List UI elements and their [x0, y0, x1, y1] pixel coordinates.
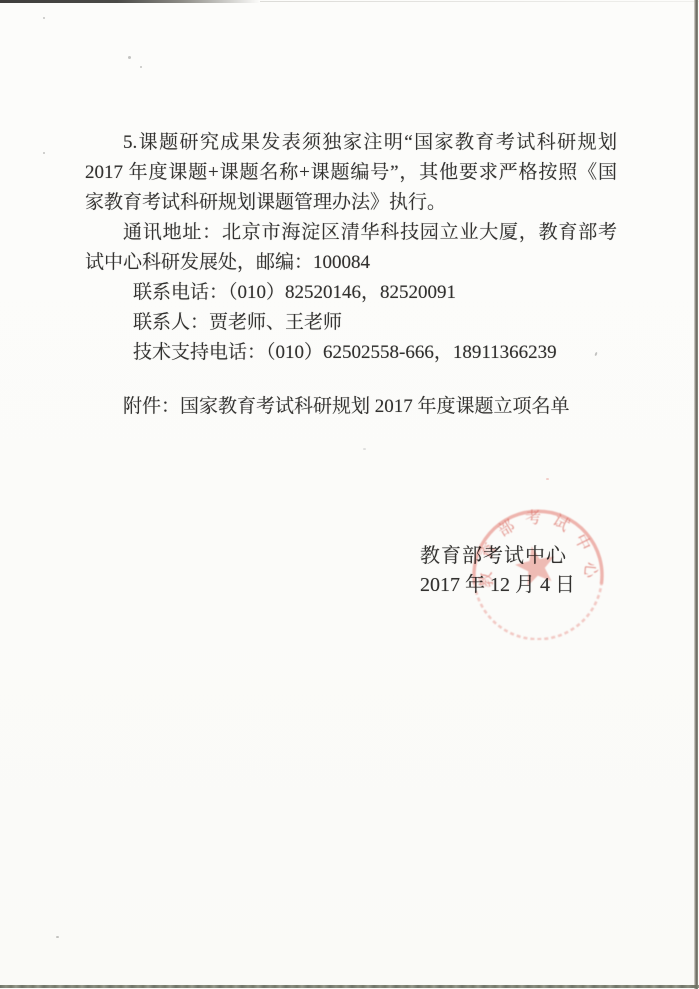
paragraph-line: 家教育考试科研规划课题管理办法》执行。	[85, 188, 617, 218]
scan-speck	[128, 56, 131, 59]
contact-person-line: 联系人：贾老师、王老师	[85, 308, 617, 338]
attachment-line: 附件：国家教育考试科研规划 2017 年度课题立项名单	[85, 392, 617, 422]
scan-speck	[140, 66, 142, 68]
scan-speck	[43, 152, 45, 154]
paragraph-line: 2017 年度课题+课题名称+课题编号”，其他要求严格按照《国	[85, 158, 617, 188]
notice-body: 5.课题研究成果发表须独家注明“国家教育考试科研规划 2017 年度课题+课题名…	[85, 128, 617, 368]
scan-edge-bottom	[0, 985, 699, 988]
scan-speck	[56, 936, 59, 938]
scan-edge-top	[0, 0, 260, 3]
scan-speck	[546, 478, 549, 480]
contact-address-line: 通讯地址：北京市海淀区清华科技园立业大厦，教育部考	[85, 218, 617, 248]
scan-speck	[43, 17, 45, 19]
scanned-document-page: 5.课题研究成果发表须独家注明“国家教育考试科研规划 2017 年度课题+课题名…	[0, 0, 699, 989]
tech-support-line: 技术支持电话：（010）62502558-666，18911366239	[85, 338, 617, 368]
paragraph-line: 5.课题研究成果发表须独家注明“国家教育考试科研规划	[85, 128, 617, 158]
seal-ring-bottom	[475, 584, 602, 639]
scan-edge-top-faint	[260, 1, 699, 2]
scan-edge-right	[694, 0, 698, 989]
scan-speck	[363, 448, 366, 450]
contact-phone-line: 联系电话：（010）82520146，82520091	[85, 278, 617, 308]
seal-star-icon	[512, 542, 559, 587]
seal-arc-text: 教育部考试中心	[476, 509, 600, 589]
official-seal-stamp: 教育部考试中心	[468, 500, 608, 640]
contact-address-line: 试中心科研发展处，邮编：100084	[85, 248, 617, 278]
